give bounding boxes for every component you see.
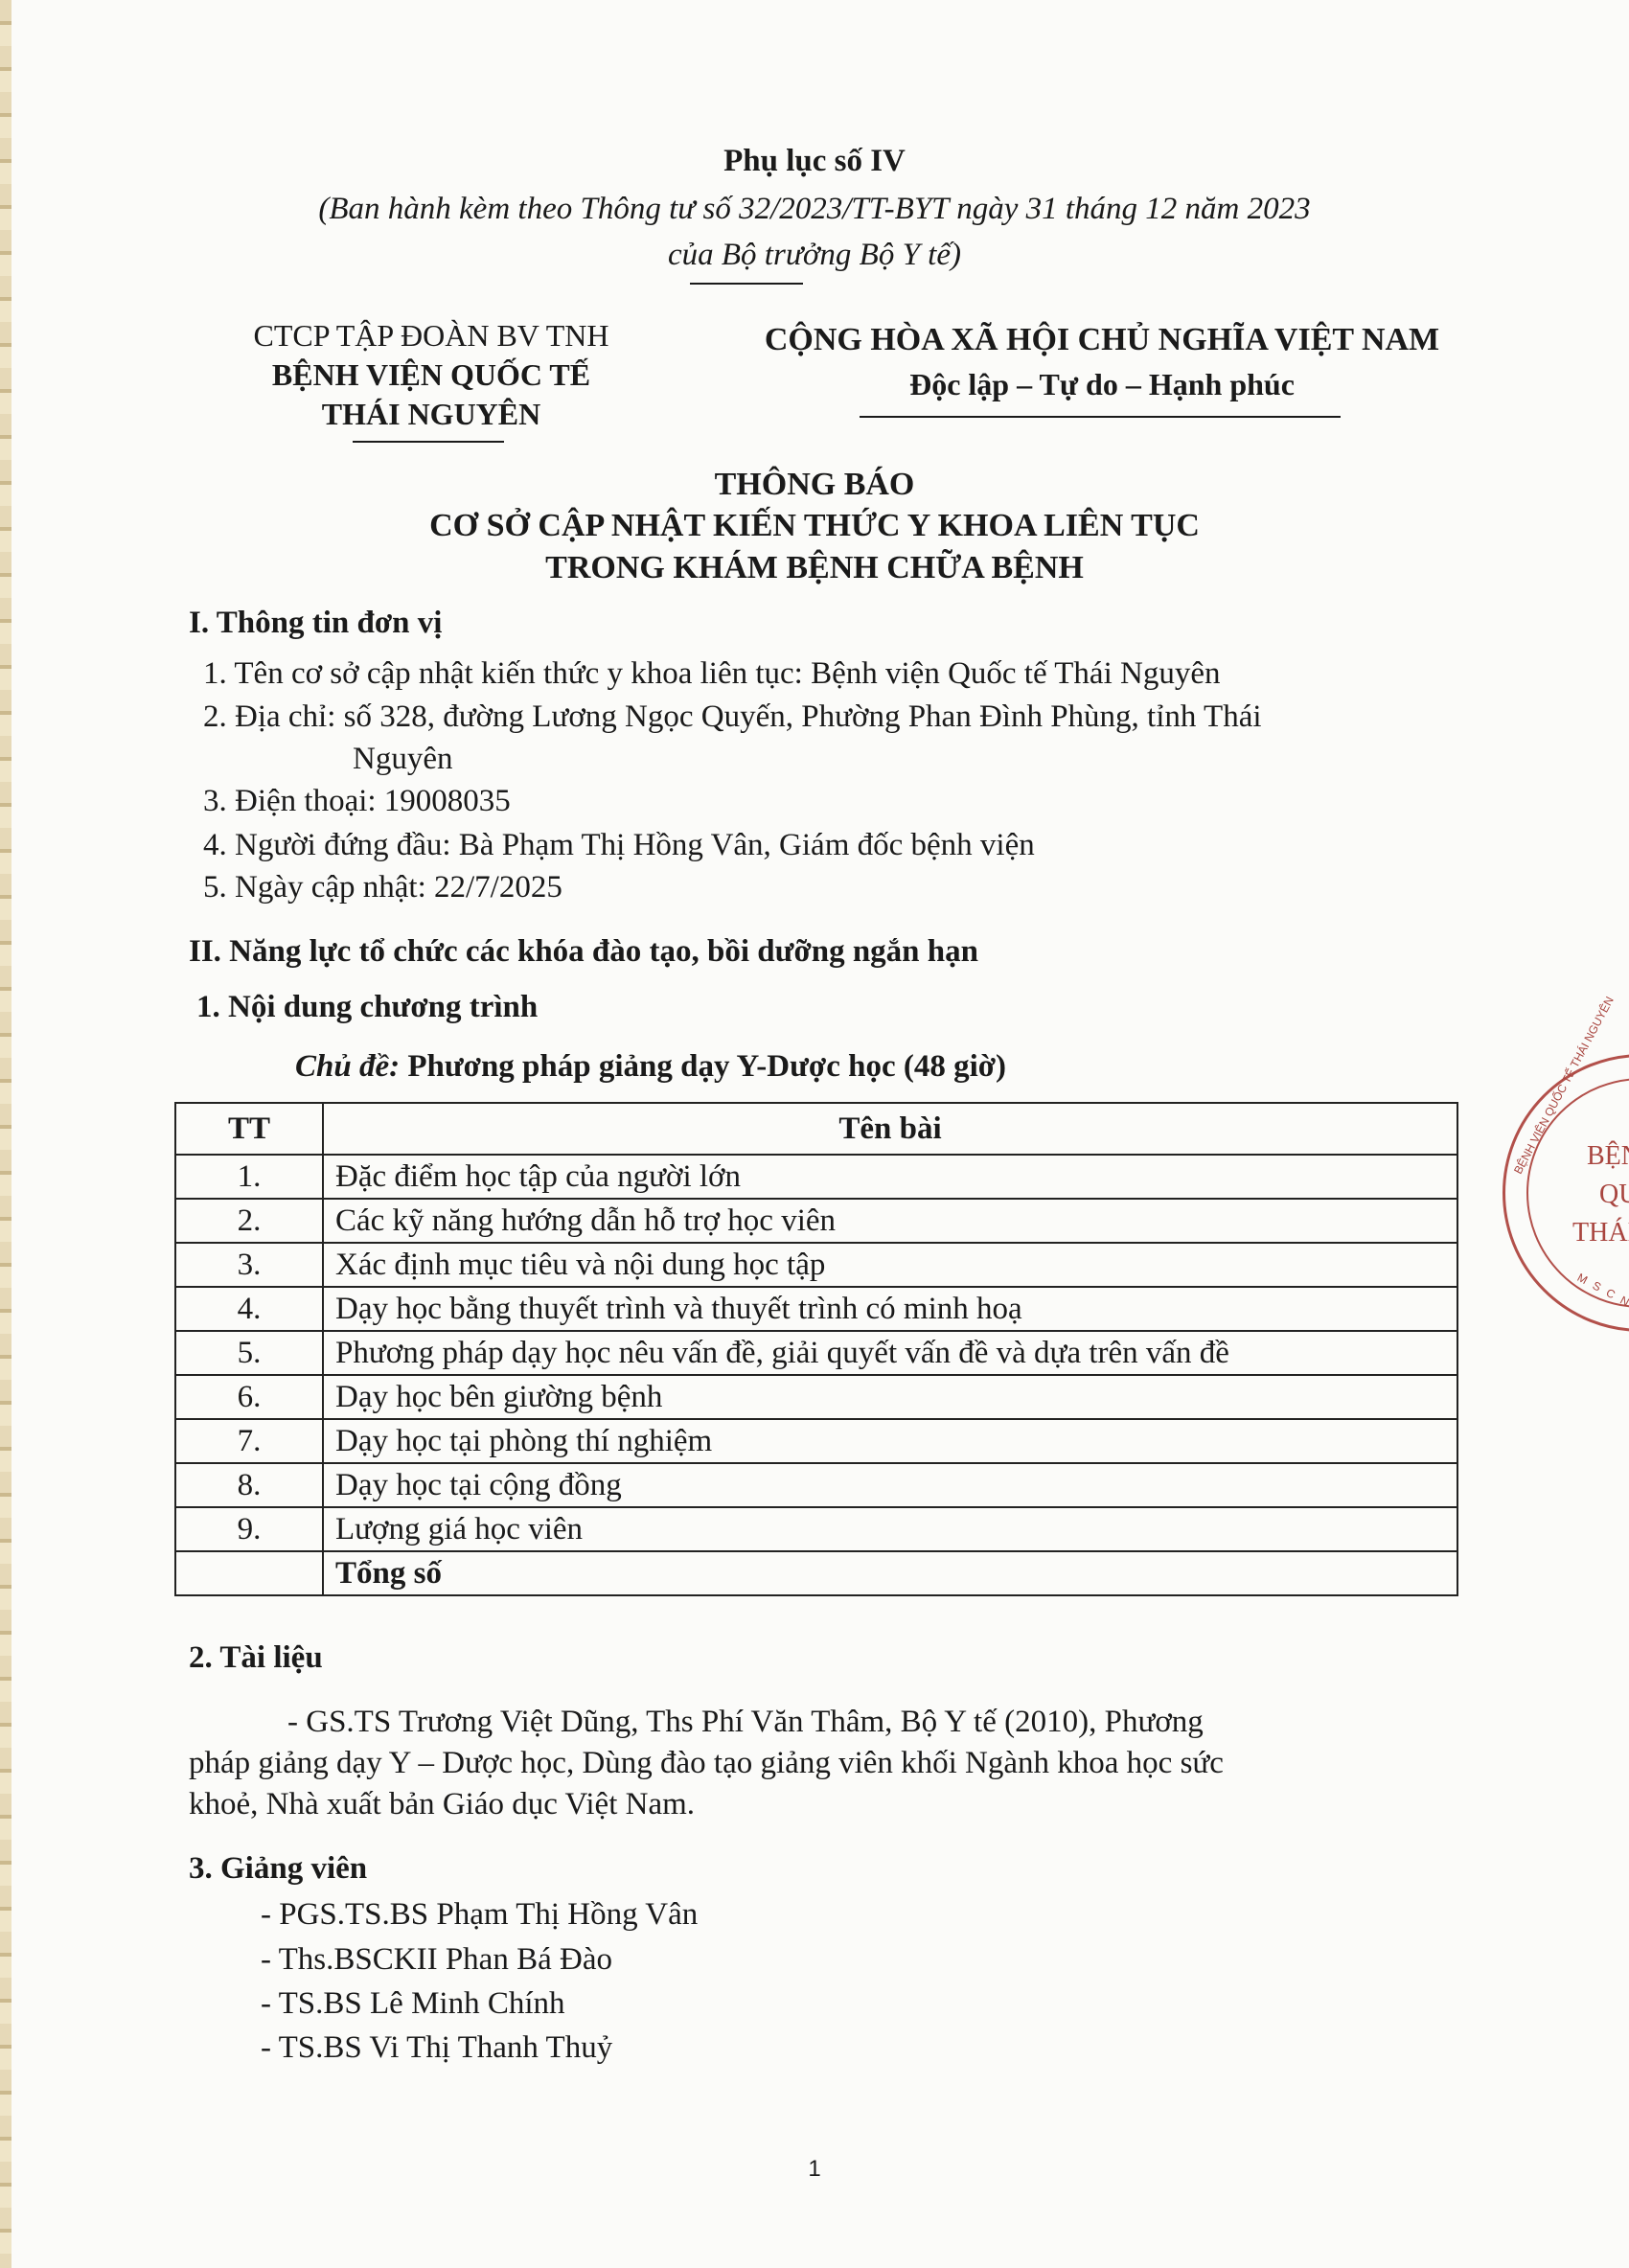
table-row: 8.Dạy học tại cộng đồng [175, 1463, 1457, 1507]
appendix-issuance-line: (Ban hành kèm theo Thông tư số 32/2023/T… [0, 192, 1629, 227]
lesson-name: Đặc điểm học tập của người lớn [323, 1155, 1457, 1199]
lesson-number: 2. [175, 1199, 323, 1243]
table-row: 9.Lượng giá học viên [175, 1507, 1457, 1551]
lecturer-item: - TS.BS Lê Minh Chính [261, 1986, 565, 2022]
lesson-name: Lượng giá học viên [323, 1507, 1457, 1551]
table-row: 1.Đặc điểm học tập của người lớn [175, 1155, 1457, 1199]
lecturer-item: - Ths.BSCKII Phan Bá Đào [261, 1942, 612, 1978]
info-facility-name: 1. Tên cơ sở cập nhật kiến thức y khoa l… [203, 656, 1220, 692]
materials-line: khoẻ, Nhà xuất bản Giáo dục Việt Nam. [189, 1787, 695, 1822]
header-tt: TT [175, 1103, 323, 1155]
info-address: 2. Địa chỉ: số 328, đường Lương Ngọc Quy… [203, 699, 1262, 735]
section-2-heading: II. Năng lực tổ chức các khóa đào tạo, b… [189, 934, 978, 970]
table-row: 5.Phương pháp dạy học nêu vấn đề, giải q… [175, 1331, 1457, 1375]
national-motto: Độc lập – Tự do – Hạnh phúc [690, 367, 1514, 402]
lesson-name: Phương pháp dạy học nêu vấn đề, giải quy… [323, 1331, 1457, 1375]
info-update-date: 5. Ngày cập nhật: 22/7/2025 [203, 870, 562, 905]
lesson-name: Dạy học bằng thuyết trình và thuyết trìn… [323, 1287, 1457, 1331]
topic-label: Chủ đề: [295, 1049, 400, 1084]
program-topic: Chủ đề: Phương pháp giảng dạy Y-Dược học… [295, 1049, 1006, 1085]
info-address-cont: Nguyên [353, 742, 452, 777]
info-director: 4. Người đứng đầu: Bà Phạm Thị Hồng Vân,… [203, 828, 1035, 863]
lesson-number: 6. [175, 1375, 323, 1419]
lecturer-item: - TS.BS Vi Thị Thanh Thuỷ [261, 2030, 612, 2066]
lesson-name: Dạy học bên giường bệnh [323, 1375, 1457, 1419]
organization-location: THÁI NGUYÊN [211, 397, 652, 432]
header-lesson-name: Tên bài [323, 1103, 1457, 1155]
table-row: 3.Xác định mục tiêu và nội dung học tập [175, 1243, 1457, 1287]
lesson-number: 4. [175, 1287, 323, 1331]
lesson-name: Dạy học tại cộng đồng [323, 1463, 1457, 1507]
materials-line: - GS.TS Trương Việt Dũng, Ths Phí Văn Th… [287, 1705, 1204, 1740]
total-label: Tổng số [323, 1551, 1457, 1595]
table-row: 7.Dạy học tại phòng thí nghiệm [175, 1419, 1457, 1463]
lesson-name: Dạy học tại phòng thí nghiệm [323, 1419, 1457, 1463]
motto-underline [860, 416, 1341, 418]
info-phone: 3. Điện thoại: 19008035 [203, 784, 511, 819]
materials-line: pháp giảng dạy Y – Dược học, Dùng đào tạ… [189, 1746, 1224, 1781]
stamp-center-line: BỆN [1587, 1141, 1629, 1172]
page-number: 1 [0, 2156, 1629, 2183]
lesson-number: 7. [175, 1419, 323, 1463]
lesson-name: Xác định mục tiêu và nội dung học tập [323, 1243, 1457, 1287]
scan-binding-edge [0, 0, 11, 2268]
section-1-heading: I. Thông tin đơn vị [189, 606, 442, 641]
lesson-number: 5. [175, 1331, 323, 1375]
organization-name: BỆNH VIỆN QUỐC TẾ [211, 357, 652, 393]
appendix-title: Phụ lục số IV [0, 144, 1629, 179]
table-header-row: TT Tên bài [175, 1103, 1457, 1155]
lecturers-heading: 3. Giảng viên [189, 1851, 367, 1887]
notice-title: THÔNG BÁO [0, 467, 1629, 503]
total-number-empty [175, 1551, 323, 1595]
national-title: CỘNG HÒA XÃ HỘI CHỦ NGHĨA VIỆT NAM [690, 322, 1514, 358]
lecturer-item: - PGS.TS.BS Phạm Thị Hồng Vân [261, 1897, 698, 1933]
lessons-table: TT Tên bài 1.Đặc điểm học tập của người … [174, 1102, 1458, 1596]
notice-subtitle-2: TRONG KHÁM BỆNH CHỮA BỆNH [0, 550, 1629, 586]
topic-value: Phương pháp giảng dạy Y-Dược học (48 giờ… [400, 1049, 1006, 1084]
program-content-heading: 1. Nội dung chương trình [196, 990, 538, 1025]
table-row: 4.Dạy học bằng thuyết trình và thuyết tr… [175, 1287, 1457, 1331]
table-row: 6.Dạy học bên giường bệnh [175, 1375, 1457, 1419]
lesson-number: 8. [175, 1463, 323, 1507]
stamp-center-line: THÁI [1572, 1218, 1629, 1249]
appendix-issuer-line: của Bộ trưởng Bộ Y tế) [0, 238, 1629, 273]
lesson-number: 3. [175, 1243, 323, 1287]
hospital-seal-stamp: BỆNH VIỆN QUỐC TẾ THÁI NGUYÊN BỆN QU THÁ… [1503, 1054, 1629, 1332]
table-row: 2.Các kỹ năng hướng dẫn hỗ trợ học viên [175, 1199, 1457, 1243]
table-total-row: Tổng số [175, 1551, 1457, 1595]
organization-underline [353, 441, 504, 443]
notice-subtitle: CƠ SỞ CẬP NHẬT KIẾN THỨC Y KHOA LIÊN TỤC [0, 508, 1629, 544]
appendix-underline [690, 283, 803, 285]
organization-parent: CTCP TẬP ĐOÀN BV TNH [211, 318, 652, 354]
stamp-center-line: QU [1599, 1180, 1629, 1210]
lesson-number: 1. [175, 1155, 323, 1199]
lesson-name: Các kỹ năng hướng dẫn hỗ trợ học viên [323, 1199, 1457, 1243]
materials-heading: 2. Tài liệu [189, 1640, 323, 1676]
lesson-number: 9. [175, 1507, 323, 1551]
